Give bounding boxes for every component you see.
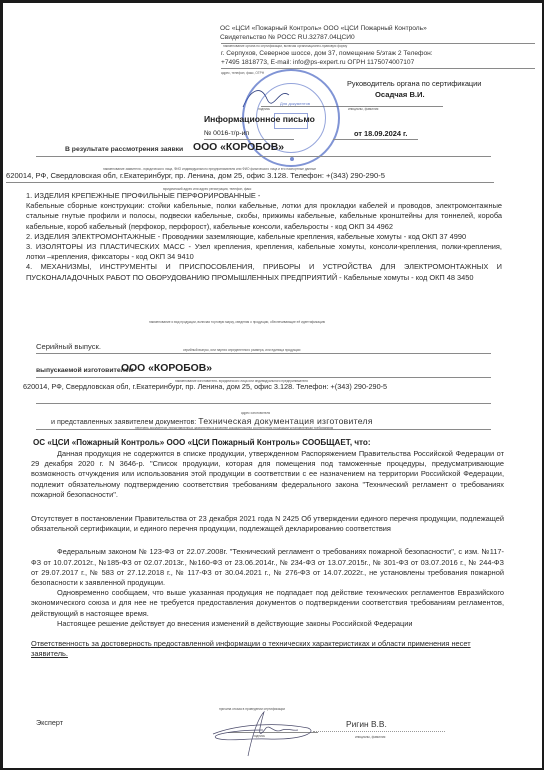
divider <box>221 68 535 69</box>
responsibility-note: Ответственность за достоверность предост… <box>31 639 504 659</box>
statement-para-4: Одновременно сообщаем, что выше указанна… <box>31 588 504 619</box>
org-certificate: Свидетельство № РОСС RU.32787.04ЦСИ0 <box>220 33 355 42</box>
applicant-name: ООО «КОРОБОВ» <box>193 142 284 153</box>
document-page: ОС «ЦСИ «Пожарный Контроль» ООО «ЦСИ Пож… <box>3 3 542 768</box>
docs-value: Техническая документация изготовителя <box>198 416 373 426</box>
applicant-address: 620014, РФ, Свердловская обл, г.Екатерин… <box>6 171 385 180</box>
head-name: Осадчая В.И. <box>375 90 425 99</box>
expert-name-line <box>313 731 445 732</box>
divider <box>36 429 491 430</box>
stamp-dot <box>290 157 294 161</box>
org-address-2: +7495 1818773, E-mail: info@ps-expert.ru… <box>221 58 414 67</box>
caption-expert-initials: инициалы, фамилия <box>355 735 385 739</box>
divider <box>36 403 491 404</box>
stamp-label: Для документов <box>280 101 310 106</box>
statement-para-5: Настоящее решение действует до внесения … <box>31 619 504 629</box>
letter-title: Информационное письмо <box>204 114 315 124</box>
production-type: Серийный выпуск. <box>36 342 101 351</box>
statement-heading: ОС «ЦСИ «Пожарный Контроль» ООО «ЦСИ Пож… <box>33 438 371 447</box>
statement-para-2: Отсутствует в постановлении Правительств… <box>31 514 504 534</box>
statement-body: Данная продукция не содержится в списке … <box>31 449 504 659</box>
product-2: 2. ИЗДЕЛИЯ ЭЛЕКТРОМОНТАЖНЫЕ - Проводники… <box>26 232 502 242</box>
letter-number: № 0016-т/р-ип <box>204 130 249 137</box>
expert-signature <box>208 706 323 766</box>
divider <box>36 156 491 157</box>
divider <box>36 353 491 354</box>
manufacturer-address: 620014, РФ, Свердловская обл, г.Екатерин… <box>23 382 387 391</box>
manufacturer-intro: выпускаемой изготовителем <box>36 367 134 374</box>
letter-date: от 18.09.2024 г. <box>354 129 407 138</box>
caption-org: наименование органа по сертификации, вкл… <box>223 44 347 48</box>
expert-label: Эксперт <box>36 718 63 727</box>
divider <box>333 139 418 140</box>
divider <box>204 139 294 140</box>
product-3: 3. ИЗОЛЯТОРЫ ИЗ ПЛАСТИЧЕСКИХ МАСС - Узел… <box>26 242 502 262</box>
product-1-body: Кабельные сборные конструкции: стойки ка… <box>26 201 502 232</box>
divider <box>6 182 494 183</box>
caption-manufacturer-address: адрес изготовителя <box>241 411 270 415</box>
caption-initials: инициалы, фамилия <box>348 107 378 111</box>
head-title: Руководитель органа по сертификации <box>347 79 481 88</box>
manufacturer-name: ООО «КОРОБОВ» <box>121 363 212 374</box>
statement-para-1: Данная продукция не содержится в списке … <box>31 449 504 500</box>
statement-para-3: Федеральным законом № 123-ФЗ от 22.07.20… <box>31 547 504 588</box>
product-1-head: 1. ИЗДЕЛИЯ КРЕПЕЖНЫЕ ПРОФИЛЬНЫЕ ПЕРФОРИР… <box>26 191 502 201</box>
docs-line: и представленных заявителем документов: … <box>51 416 373 426</box>
caption-production-type: серийный выпуск, или партия определенног… <box>183 348 300 352</box>
expert-name: Ригин В.В. <box>346 719 387 729</box>
caption-products: наименование и вид продукции, включая то… <box>149 320 325 324</box>
docs-intro: и представленных заявителем документов: <box>51 417 196 426</box>
applicant-intro: В результате рассмотрения заявки <box>65 146 183 153</box>
org-line-1: ОС «ЦСИ «Пожарный Контроль» ООО «ЦСИ Пож… <box>220 24 427 33</box>
org-address-1: г. Серпухов, Северное шоссе, дом 37, пом… <box>221 49 433 58</box>
caption-address: адрес, телефон, факс, ОГРН <box>221 71 264 75</box>
product-4: 4. МЕХАНИЗМЫ, ИНСТРУМЕНТЫ И ПРИСПОСОБЛЕН… <box>26 262 502 282</box>
divider <box>36 377 491 378</box>
product-list: 1. ИЗДЕЛИЯ КРЕПЕЖНЫЕ ПРОФИЛЬНЫЕ ПЕРФОРИР… <box>26 191 502 283</box>
